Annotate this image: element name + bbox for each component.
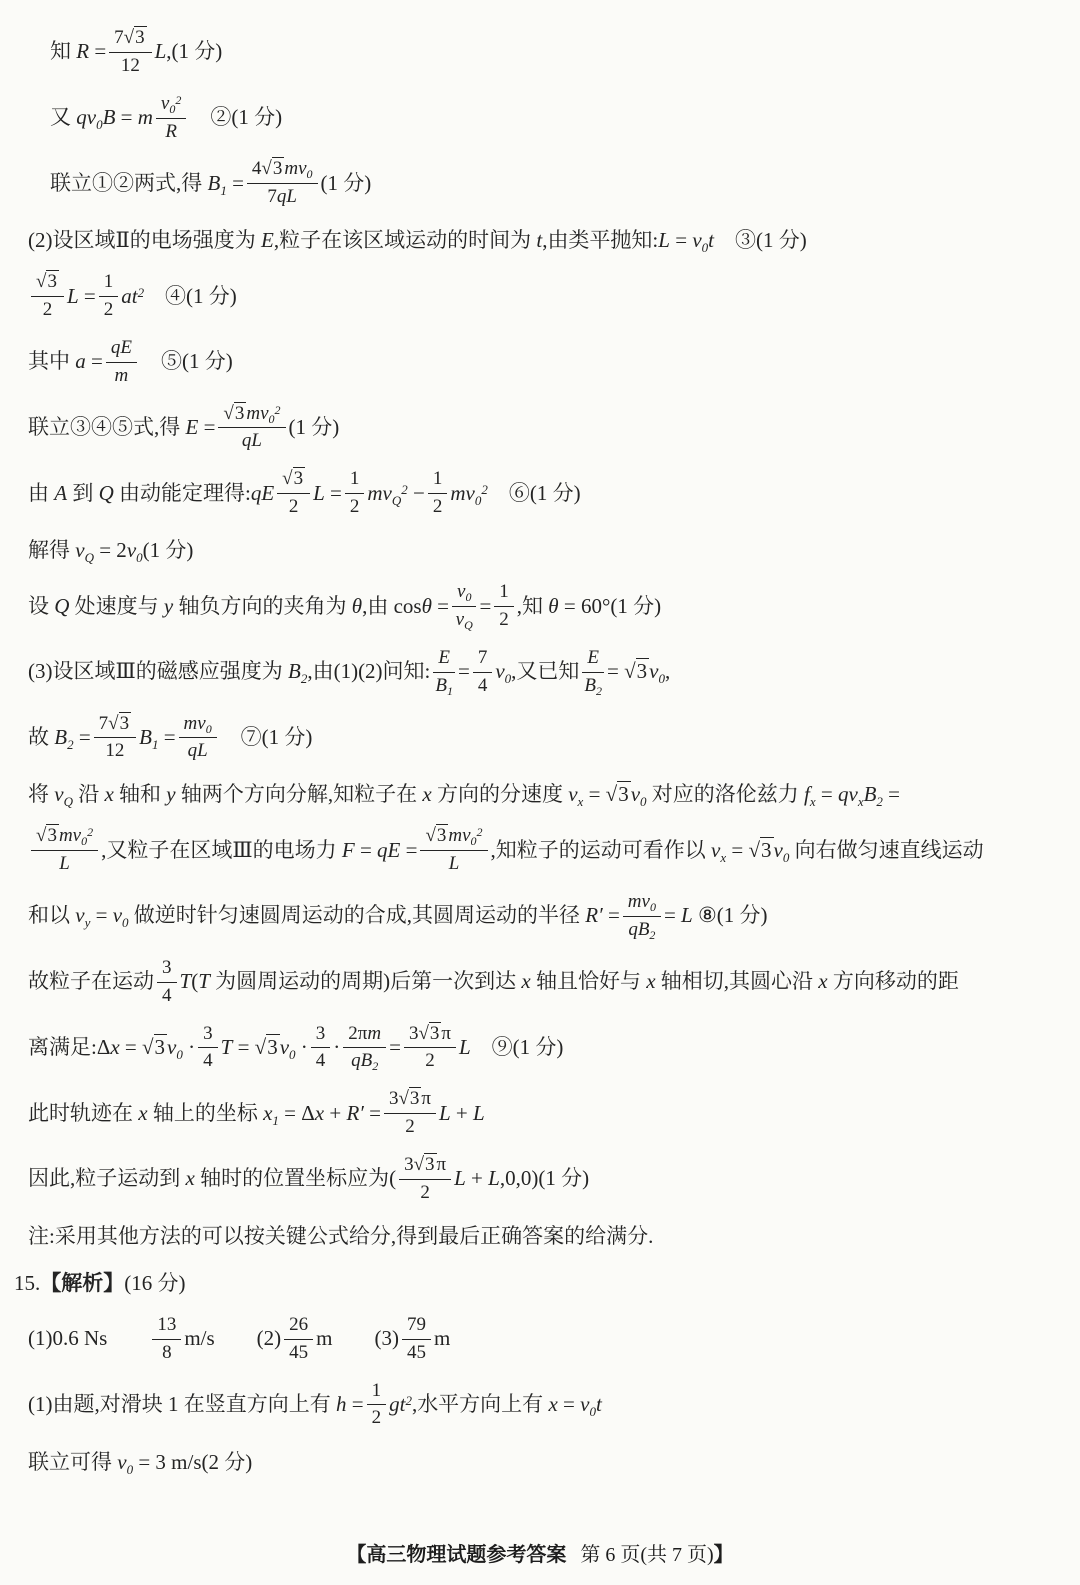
text-line: 离满足:Δx = √3v0 · 34T = √3v0 · 34 · 2πmqB2… [28,1022,1054,1073]
text-line: 注:采用其他方法的可以按关键公式给分,得到最后正确答案的给满分. [28,1219,1054,1251]
fraction-denominator: 45 [284,1340,313,1364]
fraction-numerator: 4√3mv0 [247,157,318,184]
fraction: 3√3π2 [404,1022,456,1073]
fraction: 34 [157,956,177,1007]
answer-solution-content: 知 R = 7√312L,(1 分)又 qv0B = m v02R ②(1 分)… [0,0,1080,1477]
fraction-numerator: v02 [156,92,186,119]
text-line: 由 A 到 Q 由动能定理得:qE √32L = 12mvQ2 − 12mv02… [28,467,1054,518]
fraction-denominator: 2 [367,1405,387,1429]
fraction-numerator: √3mv02 [31,824,98,851]
sqrt-radical: √3 [124,26,147,48]
text-run: T = √3v0 · [221,1032,308,1062]
fraction-numerator: 3 [198,1022,218,1049]
text-run: L ⑨(1 分) [459,1032,563,1062]
fraction-denominator: 12 [94,738,136,762]
fraction: 34 [311,1022,331,1073]
fraction-numerator: 7√3 [94,712,136,739]
text-run: ,知 θ = 60°(1 分) [517,591,661,621]
fraction-numerator: 7√3 [109,26,151,53]
text-run: ②(1 分) [189,102,282,132]
text-run: ⑦(1 分) [220,722,313,752]
fraction-denominator: 2 [494,607,514,631]
sqrt-radical: √3 [418,1022,441,1044]
fraction: EB2 [582,646,604,697]
text-line: 故 B2 = 7√312B1 = mv0qL ⑦(1 分) [28,712,1054,763]
text-line: (3)设区域Ⅲ的磁感应强度为 B2,由(1)(2)问知:EB1 = 74v0,又… [28,646,1054,697]
fraction: v02R [156,92,186,143]
fraction-numerator: v0 [452,580,476,607]
sqrt-radical: √3 [749,837,774,862]
fraction: EB1 [433,646,455,697]
document-page: 知 R = 7√312L,(1 分)又 qv0B = m v02R ②(1 分)… [0,0,1080,1585]
text-run: 故 B2 = [28,722,91,752]
sqrt-radical: √3 [108,712,131,734]
text-run: 解得 vQ = 2v0(1 分) [28,535,193,565]
text-run: 又 qv0B = m [50,102,153,132]
fraction-denominator: 2 [277,494,310,518]
fraction: 12 [494,580,514,631]
fraction-denominator: vQ [452,607,476,631]
text-run: L = [67,281,96,311]
fraction-denominator: qL [179,738,217,762]
sqrt-radical: √3 [36,824,59,846]
footer-close-bracket: 】 [714,1544,734,1566]
fraction-numerator: mv0 [623,890,661,917]
text-run: 其中 a = [28,346,103,376]
text-run: · [333,1032,340,1062]
fraction-numerator: 2πm [343,1022,386,1049]
fraction-denominator: 4 [473,673,493,697]
text-run: B1 = [139,722,175,752]
fraction-denominator: 8 [152,1340,181,1364]
fraction: 2645 [284,1313,313,1364]
text-run: (3)设区域Ⅲ的磁感应强度为 B2,由(1)(2)问知: [28,656,430,686]
fraction-denominator: 12 [109,53,151,77]
fraction-numerator: 3√3π [404,1022,456,1049]
text-line: 联立可得 v0 = 3 m/s(2 分) [28,1444,1054,1476]
fraction: 3√3π2 [399,1153,451,1204]
fraction: mv0qL [179,712,217,763]
fraction-denominator: 2 [345,494,365,518]
fraction-numerator: 1 [428,467,448,494]
footer-title: 【高三物理试题参考答案 [346,1544,566,1566]
text-run: 因此,粒子运动到 x 轴时的位置坐标应为( [28,1163,396,1193]
fraction-denominator: 4 [198,1048,218,1072]
text-run: ,又粒子在区域Ⅲ的电场力 F = qE = [101,835,417,865]
fraction: 7√312 [109,26,151,77]
text-run: ,知粒子的运动可看作以 vx = √3v0 向右做匀速直线运动 [491,835,984,865]
text-run: 15.【解析】(16 分) [14,1268,186,1298]
sqrt-radical: √3 [261,157,284,179]
text-run: = [479,591,491,621]
fraction-denominator: 2 [399,1180,451,1204]
text-run: = [389,1032,401,1062]
text-run: = [458,656,470,686]
fraction-numerator: 3√3π [384,1087,436,1114]
text-run: mv02 ⑥(1 分) [450,478,580,508]
sqrt-radical: √3 [223,402,246,424]
fraction: 7√312 [94,712,136,763]
sqrt-radical: √3 [282,467,305,489]
fraction-denominator: 2 [31,297,64,321]
sqrt-radical: √3 [425,824,448,846]
text-run: 联立可得 v0 = 3 m/s(2 分) [28,1447,252,1477]
fraction-denominator: 4 [157,983,177,1007]
text-line: 又 qv0B = m v02R ②(1 分) [50,92,1054,143]
fraction-numerator: 7 [473,646,493,673]
sqrt-radical: √3 [142,1034,167,1059]
fraction-denominator: B2 [582,673,604,697]
fraction: 12 [367,1379,387,1430]
fraction-numerator: √3 [31,270,64,297]
fraction: 7945 [402,1313,431,1364]
fraction: 12 [99,270,119,321]
text-run: (1)由题,对滑块 1 在竖直方向上有 h = [28,1389,364,1419]
fraction-denominator: 2 [428,494,448,518]
text-run: mvQ2 − [367,478,424,508]
fraction-numerator: 1 [367,1379,387,1406]
fraction: √3mv02qL [218,402,285,453]
text-line: 因此,粒子运动到 x 轴时的位置坐标应为(3√3π2L + L,0,0)(1 分… [28,1153,1054,1204]
text-line: √32L = 12at2 ④(1 分) [28,270,1054,321]
fraction-numerator: √3mv02 [420,824,487,851]
text-run: at2 ④(1 分) [121,281,237,311]
text-run: 联立③④⑤式,得 E = [28,412,215,442]
text-run: 注:采用其他方法的可以按关键公式给分,得到最后正确答案的给满分. [28,1221,653,1251]
text-line: 联立①②两式,得 B1 = 4√3mv07qL(1 分) [50,157,1054,208]
text-line: 设 Q 处速度与 y 轴负方向的夹角为 θ,由 cosθ = v0vQ = 12… [28,580,1054,631]
text-line: 故粒子在运动 34T(T 为圆周运动的周期)后第一次到达 x 轴且恰好与 x 轴… [28,956,1054,1007]
text-run: 知 R = [50,36,106,66]
fraction-numerator: 1 [345,467,365,494]
fraction: qEm [106,336,137,387]
fraction-denominator: 7qL [247,184,318,208]
fraction: 3√3π2 [384,1087,436,1138]
text-run: ⑤(1 分) [140,346,233,376]
fraction-denominator: qL [218,428,285,452]
fraction-numerator: 1 [99,270,119,297]
text-run: 离满足:Δx = √3v0 · [28,1032,195,1062]
text-run: m/s (2) [184,1323,281,1353]
fraction-numerator: √3 [277,467,310,494]
text-line: (2)设区域Ⅱ的电场强度为 E,粒子在该区域运动的时间为 t,由类平抛知:L =… [28,223,1054,255]
fraction-denominator: L [420,851,487,875]
text-line: 将 vQ 沿 x 轴和 y 轴两个方向分解,知粒子在 x 方向的分速度 vx =… [28,777,1054,809]
sqrt-radical: √3 [36,270,59,292]
text-run: m [434,1323,450,1353]
text-run: (2)设区域Ⅱ的电场强度为 E,粒子在该区域运动的时间为 t,由类平抛知:L =… [28,225,807,255]
text-line: (1)0.6 Ns 138 m/s (2)2645m (3)7945m [28,1313,1054,1364]
fraction-denominator: 2 [99,297,119,321]
fraction-denominator: qB2 [623,917,661,941]
text-run: gt2,水平方向上有 x = v0t [389,1389,602,1419]
fraction: mv0qB2 [623,890,661,941]
fraction-numerator: 1 [494,580,514,607]
page-footer: 【高三物理试题参考答案第 6 页(共 7 页)】 [0,1538,1080,1567]
fraction-denominator: L [31,851,98,875]
fraction-numerator: E [582,646,604,673]
text-run: L,(1 分) [155,36,223,66]
text-run: 联立①②两式,得 B1 = [50,168,244,198]
fraction-numerator: 26 [284,1313,313,1340]
fraction-numerator: mv0 [179,712,217,739]
text-line: 其中 a = qEm ⑤(1 分) [28,336,1054,387]
fraction: 4√3mv07qL [247,157,318,208]
text-line: 此时轨迹在 x 轴上的坐标 x1 = Δx + R′ = 3√3π2L + L [28,1087,1054,1138]
fraction-denominator: 2 [384,1114,436,1138]
fraction: √3mv02L [31,824,98,875]
text-run: (1 分) [321,168,372,198]
text-line: (1)由题,对滑块 1 在竖直方向上有 h = 12gt2,水平方向上有 x =… [28,1379,1054,1430]
sqrt-radical: √3 [606,781,631,806]
fraction-numerator: 3√3π [399,1153,451,1180]
sqrt-radical: √3 [398,1087,421,1109]
text-line: 和以 vy = v0 做逆时针匀速圆周运动的合成,其圆周运动的半径 R′ = m… [28,890,1054,941]
text-run: 此时轨迹在 x 轴上的坐标 x1 = Δx + R′ = [28,1098,381,1128]
fraction-numerator: E [433,646,455,673]
text-run: L + L,0,0)(1 分) [454,1163,589,1193]
fraction-denominator: 2 [404,1048,456,1072]
fraction-denominator: m [106,363,137,387]
fraction-numerator: 13 [152,1313,181,1340]
fraction-numerator: 3 [311,1022,331,1049]
text-line: 解得 vQ = 2v0(1 分) [28,533,1054,565]
text-run: m (3) [316,1323,399,1353]
text-run: v0,又已知 [495,656,579,686]
fraction-denominator: qB2 [343,1048,386,1072]
text-run: 设 Q 处速度与 y 轴负方向的夹角为 θ,由 cosθ = [28,591,449,621]
fraction: √32 [31,270,64,321]
fraction-numerator: 3 [157,956,177,983]
text-line: 知 R = 7√312L,(1 分) [50,26,1054,77]
text-line: √3mv02L,又粒子在区域Ⅲ的电场力 F = qE = √3mv02L,知粒子… [28,824,1054,875]
fraction-numerator: qE [106,336,137,363]
text-run: = L ⑧(1 分) [664,900,768,930]
fraction-denominator: 45 [402,1340,431,1364]
text-run: (1 分) [289,412,340,442]
fraction: 2πmqB2 [343,1022,386,1073]
sqrt-radical: √3 [624,658,649,683]
text-run: T(T 为圆周运动的周期)后第一次到达 x 轴且恰好与 x 轴相切,其圆心沿 x… [180,966,959,996]
text-run: L + L [439,1098,485,1128]
fraction: √3mv02L [420,824,487,875]
text-run: 故粒子在运动 [28,966,154,996]
text-line: 联立③④⑤式,得 E = √3mv02qL(1 分) [28,402,1054,453]
text-run: L = [313,478,342,508]
sqrt-radical: √3 [414,1153,437,1175]
fraction: 34 [198,1022,218,1073]
fraction: v0vQ [452,580,476,631]
text-run: 由 A 到 Q 由动能定理得:qE [28,478,274,508]
fraction-denominator: R [156,119,186,143]
text-run: (1)0.6 Ns [28,1323,149,1353]
fraction-numerator: 79 [402,1313,431,1340]
fraction-denominator: B1 [433,673,455,697]
fraction-denominator: 4 [311,1048,331,1072]
fraction: 12 [428,467,448,518]
fraction: 138 [152,1313,181,1364]
fraction: √32 [277,467,310,518]
text-line: 15.【解析】(16 分) [14,1266,1054,1298]
footer-page-number: 第 6 页(共 7 页) [580,1544,713,1566]
text-run: = √3v0, [607,656,670,686]
text-run: 和以 vy = v0 做逆时针匀速圆周运动的合成,其圆周运动的半径 R′ = [28,900,620,930]
fraction-numerator: √3mv02 [218,402,285,429]
fraction: 74 [473,646,493,697]
text-run: 将 vQ 沿 x 轴和 y 轴两个方向分解,知粒子在 x 方向的分速度 vx =… [28,779,900,809]
sqrt-radical: √3 [255,1034,280,1059]
fraction: 12 [345,467,365,518]
